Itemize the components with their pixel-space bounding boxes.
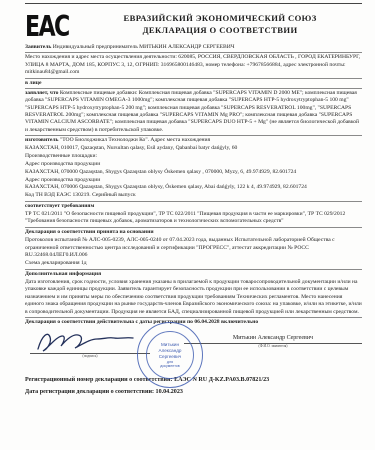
production-site-address-1: КАЗАХСТАН, 070000 Qazaqstan, Shygys Qaza… [25,169,362,176]
production-site-address-2: КАЗАХСТАН, 070006 Qazaqstan, Shygys Qaza… [25,184,362,191]
additional-info-header: Дополнительная информация [25,271,362,278]
compliance-header: соответствует требованиям [25,203,362,210]
union-title: ЕВРАЗИЙСКИЙ ЭКОНОМИЧЕСКИЙ СОЮЗ [78,12,362,24]
manufacturer-address: КАЗАХСТАН, 010017, Qazaqstan, Nursultan … [25,145,362,152]
top-rule [25,3,362,4]
signature-block: (подпись) Митькин Александр Сергеевич дл… [25,329,362,373]
handwritten-signature [34,329,138,353]
declares-label: заявляет, что [25,90,58,96]
signature-area: (подпись) [30,329,150,359]
products-section: заявляет, что Комплексные пищевые добавк… [25,90,362,136]
compliance-text: ТР ТС 021/2011 "О безопасности пищевой п… [25,211,362,228]
registration-date-line: Дата регистрации декларации о соответств… [25,389,362,397]
applicant-signatory-area: Митькин Александр Сергеевич (Ф.И.О. заяв… [184,335,362,349]
manufacturer-label: изготовитель [25,137,59,143]
manufacturer-section: изготовитель "ТОО Биолоджикал Технолоджи… [25,137,362,202]
round-stamp: Митькин Александр Сергеевич для документ… [137,322,203,388]
basis-header: Декларация о соответствии принята на осн… [25,229,362,236]
title-block: ЕВРАЗИЙСКИЙ ЭКОНОМИЧЕСКИЙ СОЮЗ ДЕКЛАРАЦИ… [78,12,362,37]
production-site-label-2: Адрес производства продукции [25,177,362,184]
document-header: ЕАС ЕВРАЗИЙСКИЙ ЭКОНОМИЧЕСКИЙ СОЮЗ ДЕКЛА… [25,10,362,40]
validity-line: Декларация о соответствии действительна … [25,319,362,326]
applicant-address: Место нахождения и адрес места осуществл… [25,54,362,78]
signatory-caption: (Ф.И.О. заявителя) [184,344,362,349]
manufacturer-name: "ТОО Биолоджикал Технолоджи Ко". Адрес м… [60,137,210,143]
applicant-name: Индивидуальный предприниматель МИТЬКИН А… [53,44,235,50]
in-person-label: в лице [25,80,362,89]
declaration-document: ЕАС ЕВРАЗИЙСКИЙ ЭКОНОМИЧЕСКИЙ СОЮЗ ДЕКЛА… [0,0,375,450]
stamp-purpose-line2: документов [160,364,179,368]
applicant-label: Заявитель [25,44,51,50]
production-sites-label: Производственные площадки: [25,153,362,160]
additional-info-text: Дата изготовления, срок годности, услови… [25,279,362,318]
document-title: ДЕКЛАРАЦИЯ О СООТВЕТСТВИИ [78,24,362,36]
applicant-line: Заявитель Индивидуальный предприниматель… [25,44,362,53]
basis-text: Протоколов испытаний № АЛС-005-0239, АЛС… [25,237,362,259]
tnved-code-line: Код ТН ВЭД ЕАЭС 130219. Серийный выпуск [25,192,362,201]
signature-caption: (подпись) [30,354,150,359]
registration-number-line: Регистрационный номер декларации о соотв… [25,377,362,385]
stamp-inner-ring: Митькин Александр Сергеевич для документ… [146,331,194,379]
declaration-scheme: Схема декларирования 1д [25,260,362,269]
eac-logo: ЕАС [25,13,69,41]
signatory-name: Митькин Александр Сергеевич [184,335,362,343]
production-site-label-1: Адрес производства продукции [25,161,362,168]
products-text: Комплексные пищевые добавки: Комплексная… [25,90,359,133]
